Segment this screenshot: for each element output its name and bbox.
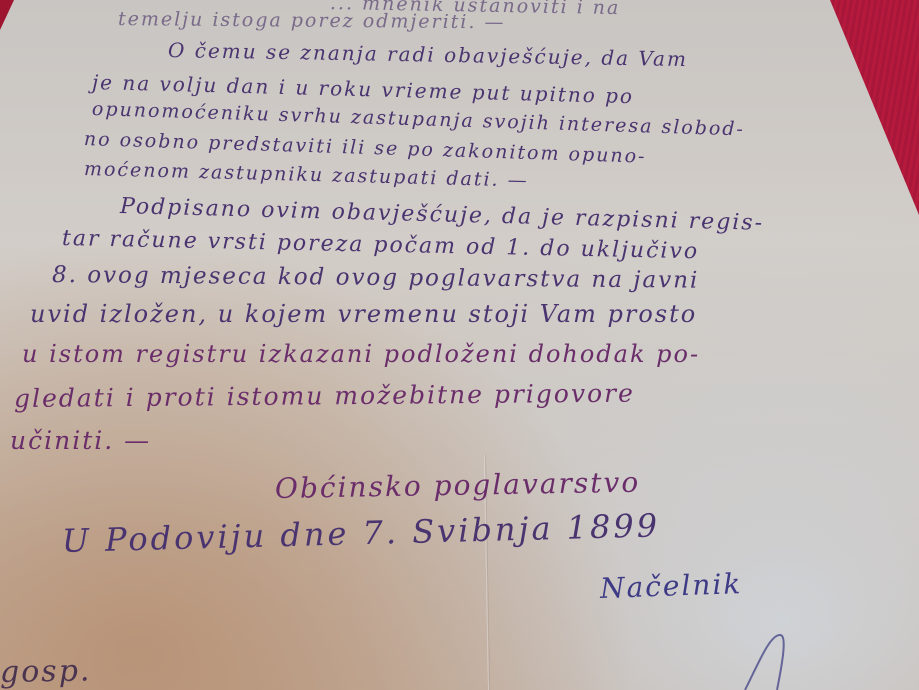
signature-stroke-icon <box>735 625 805 690</box>
body-line-2: temelju istoga porez odmjeriti. — <box>118 8 506 33</box>
body-line-12: u istom registru izkazani podloženi doho… <box>22 340 700 368</box>
addressee-fragment: gosp. <box>0 653 92 690</box>
document-paper: ... mnenik ustanoviti i na temelju istog… <box>0 0 919 690</box>
body-line-13: gledati i proti istomu možebitne prigovo… <box>14 379 635 413</box>
signature-title: Načelnik <box>599 567 742 605</box>
body-line-9: tar račune vrsti poreza počam od 1. do u… <box>62 226 700 264</box>
signature-office: Obćinsko poglavarstvo <box>275 466 641 505</box>
body-line-10: 8. ovog mjeseca kod ovog poglavarstva na… <box>52 262 700 294</box>
body-line-7: moćenom zastupniku zastupati dati. — <box>84 158 529 192</box>
body-line-14: učiniti. — <box>10 426 151 455</box>
body-line-11: uvid izložen, u kojem vremenu stoji Vam … <box>30 300 697 328</box>
body-line-3: O čemu se znanja radi obavješćuje, da Va… <box>168 38 688 71</box>
signature-place-date: U Podoviju dne 7. Svibnja 1899 <box>62 506 661 560</box>
